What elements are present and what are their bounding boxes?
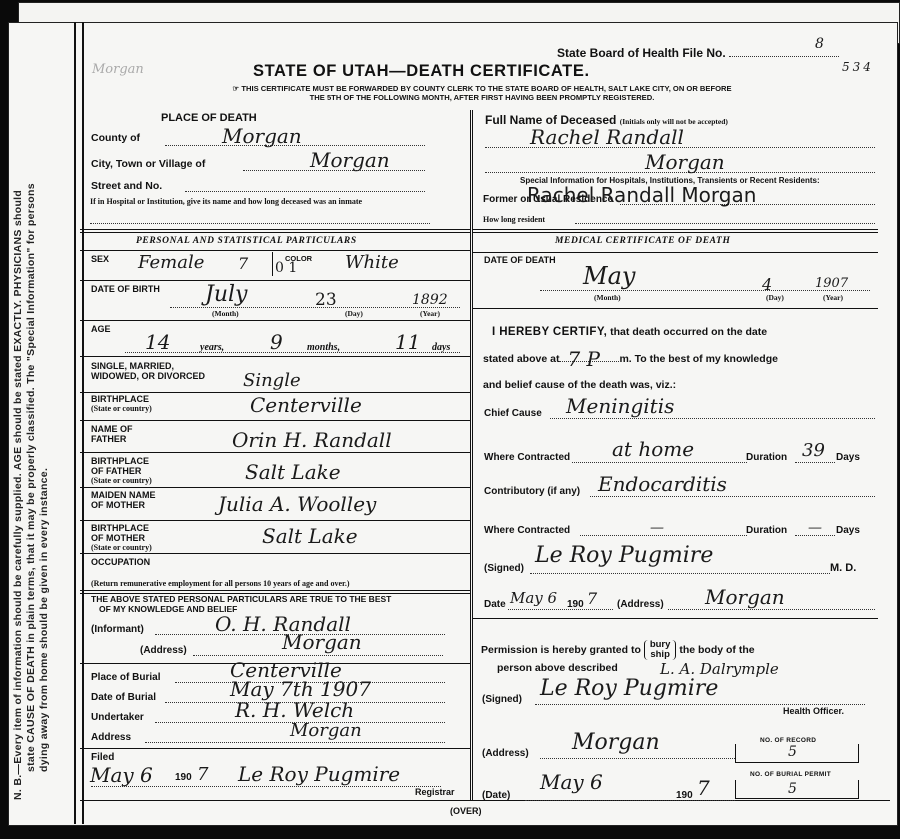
dob-month: July [205,282,247,307]
health-officer-signature: Le Roy Pugmire [540,676,718,701]
medical-heading: MEDICAL CERTIFICATE OF DEATH [555,236,730,246]
undertaker-address-label: Address [91,732,131,743]
full-name-value: Rachel Randall [530,125,684,149]
years-caption: years, [200,342,224,353]
street-label: Street and No. [91,180,162,192]
certificate-paper [8,22,898,826]
health-officer-label: Health Officer. [783,706,844,716]
option-ship: ship [650,649,670,660]
where-contracted-value: at home [612,437,694,461]
occupation-label: OCCUPATION [91,557,150,567]
notice-line-1: THIS CERTIFICATE MUST BE FORWARDED BY CO… [241,84,731,93]
marital-value: Single [243,370,301,391]
margin-line-2: state CAUSE OF DEATH in plain terms, tha… [25,20,38,800]
physician-year-prefix: 190 [567,599,584,610]
permit-year-prefix: 190 [676,790,693,801]
age-days: 11 [395,330,420,354]
margin-line-3: dying away from home should be given in … [38,20,51,800]
informant-label: (Informant) [91,624,144,635]
month-caption: (Month) [212,309,239,318]
dod-year: 1907 [815,276,848,291]
sex-code: 7 [238,254,248,273]
days-2-label: Days [836,525,860,536]
physician-signed-label: (Signed) [484,563,524,574]
record-no-value: 5 [788,744,797,760]
over-label: (OVER) [450,806,482,816]
permit-address-label: (Address) [482,748,529,759]
physician-sign-date: May 6 [510,589,557,607]
place-of-death-heading: PLACE OF DEATH [161,112,257,124]
stamp-number: 534 [842,60,874,74]
margin-note: N. B.—Every item of information should b… [8,22,78,824]
file-no: State Board of Health File No. [557,46,839,60]
pointing-hand-icon: ☞ [232,84,239,93]
dod-day-caption: (Day) [766,293,784,302]
birthplace-label: BIRTHPLACE (State or country) [91,394,152,414]
city-value: Morgan [310,148,390,172]
md-label: M. D. [830,562,856,574]
certify-line-3: and belief cause of the death was, viz.: [483,379,676,391]
where-contracted-label: Where Contracted [484,452,570,463]
mother-label: MAIDEN NAME OF MOTHER [91,490,156,510]
contributory-value: Endocarditis [598,472,727,496]
certify-line-2: stated above at7 Pm. To the best of my k… [483,353,778,365]
dod-month-caption: (Month) [594,293,621,302]
age-months: 9 [270,330,283,354]
filed-year-suffix: 7 [197,764,208,785]
personal-heading: PERSONAL AND STATISTICAL PARTICULARS [136,236,357,246]
filed-year-prefix: 190 [175,772,192,783]
margin-line-1: N. B.—Every item of information should b… [12,20,25,800]
where-contracted-2-label: Where Contracted [484,525,570,536]
sex-value: Female [138,252,204,273]
registrar-label: Registrar [415,787,455,797]
permit-date-label: (Date) [482,790,510,801]
duration-2-value: — [808,520,822,536]
permit-year-suffix: 7 [697,776,710,800]
chief-cause-value: Meningitis [566,394,674,418]
marital-label: SINGLE, MARRIED, WIDOWED, OR DIVORCED [91,361,205,381]
filed-month-day: May 6 [90,763,153,787]
occupation-note: (Return remunerative employment for all … [91,579,349,588]
mother-birthplace-label: BIRTHPLACE OF MOTHER (State or country) [91,523,152,553]
burial-place-label: Place of Burial [91,672,160,683]
age-years: 14 [145,330,170,354]
physician-date-label: Date [484,599,506,610]
bury-ship-options: bury ship [644,640,677,660]
permit-address-value: Morgan [572,730,660,755]
undertaker-label: Undertaker [91,712,144,723]
notice-line-2: THE 5TH OF THE FOLLOWING MONTH, AFTER FI… [92,93,872,102]
county-value: Morgan [222,124,302,148]
burial-date-label: Date of Burial [91,692,156,703]
duration-2-label: Duration [746,525,787,536]
physician-address-label: (Address) [617,599,664,610]
mother-value: Julia A. Woolley [218,492,376,516]
year-caption: (Year) [420,309,440,318]
certify-line-1: I HEREBY CERTIFY, that death occurred on… [492,326,767,338]
filed-label: Filed [91,752,114,763]
dod-year-caption: (Year) [823,293,843,302]
informant-address-value: Morgan [282,630,362,654]
day-caption: (Day) [345,309,363,318]
duration-label: Duration [746,452,787,463]
father-label: NAME OF FATHER [91,424,133,444]
county-label: County of [91,132,140,144]
faded-stamp: Morgan [92,62,144,77]
permit-line-1: Permission is hereby granted to bury shi… [481,640,755,660]
permit-line-2: person above described [497,662,618,674]
chief-cause-label: Chief Cause [484,408,542,419]
duration-value: 39 [802,440,825,461]
dod-month: May [583,262,635,290]
sex-label: SEX [91,254,109,264]
burial-permit-box [735,780,859,799]
record-no-box [735,744,859,763]
days-caption: days [432,342,450,353]
notice: ☞ THIS CERTIFICATE MUST BE FORWARDED BY … [92,84,872,102]
undertaker-value: R. H. Welch [235,698,354,722]
city-label: City, Town or Village of [91,158,205,170]
dob-label: DATE OF BIRTH [91,284,160,294]
father-value: Orin H. Randall [232,428,392,452]
permit-signed-label: (Signed) [482,694,522,705]
margin-note-text: N. B.—Every item of information should b… [12,20,51,800]
burial-permit-value: 5 [788,781,797,797]
father-birthplace-value: Salt Lake [245,460,341,484]
birthplace-value: Centerville [250,393,362,417]
dob-year: 1892 [412,292,448,308]
physician-year-suffix: 7 [587,589,597,608]
time-value: 7 P [567,347,600,371]
physician-signature: Le Roy Pugmire [535,543,713,568]
dod-label: DATE OF DEATH [484,255,556,265]
hospital-note: If in Hospital or Institution, give its … [90,197,362,206]
informant-address-label: (Address) [140,645,187,656]
undertaker-address-value: Morgan [290,720,362,741]
physician-address-value: Morgan [705,585,785,609]
record-no-label: NO. OF RECORD [760,737,816,744]
how-long-label: How long resident [483,215,545,224]
file-no-value: 8 [815,36,824,52]
mother-birthplace-value: Salt Lake [262,524,358,548]
where-contracted-2-value: — [650,520,664,536]
color-code: 0 1 [275,260,297,276]
dod-day: 4 [762,275,772,294]
contributory-label: Contributory (if any) [484,486,580,497]
former-residence-value: Rachel Randall Morgan [527,183,756,207]
registrar-signature: Le Roy Pugmire [238,762,400,786]
burial-permit-label: NO. OF BURIAL PERMIT [750,771,831,778]
months-caption: months, [307,342,340,353]
permit-date-value: May 6 [540,770,603,794]
age-label: AGE [91,324,111,334]
column-divider [470,110,473,800]
father-birthplace-label: BIRTHPLACE OF FATHER (State or country) [91,456,152,486]
file-no-label: State Board of Health File No. [557,46,726,60]
color-value: White [345,252,399,273]
dob-day: 23 [315,290,337,310]
margin-rule [74,22,84,824]
certificate-title: STATE OF UTAH—DEATH CERTIFICATE. [253,62,590,81]
informant-statement: THE ABOVE STATED PERSONAL PARTICULARS AR… [91,594,391,614]
days-label: Days [836,452,860,463]
residence-line-value: Morgan [645,150,725,174]
